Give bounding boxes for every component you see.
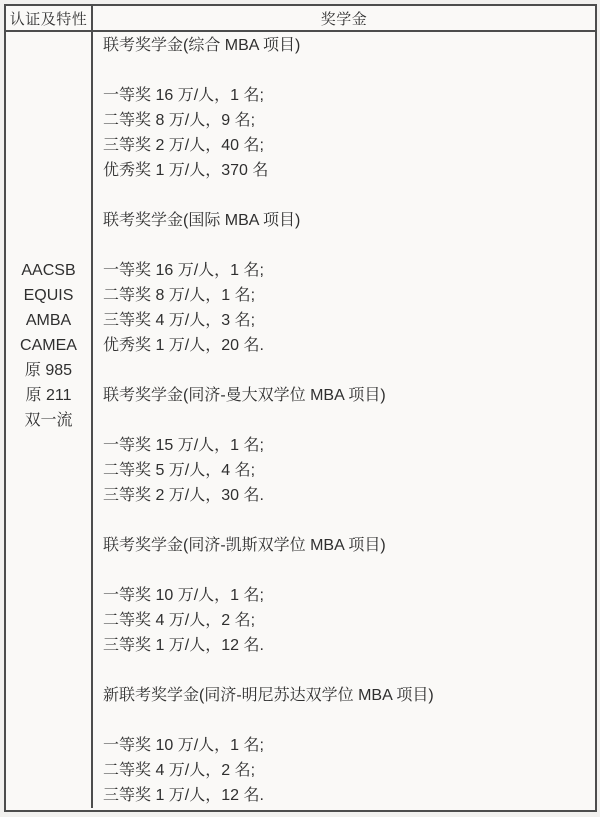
scholarship-line: 三等奖 4 万/人，3 名; <box>103 308 585 333</box>
scholarship-line: 二等奖 5 万/人，4 名; <box>103 458 585 483</box>
certification-item: CAMEA <box>6 333 91 358</box>
scholarship-line: 一等奖 16 万/人，1 名; <box>103 258 585 283</box>
certification-item: 原 211 <box>6 383 91 408</box>
scholarship-line: 三等奖 2 万/人，30 名. <box>103 483 585 508</box>
scholarship-line: 优秀奖 1 万/人，20 名. <box>103 333 585 358</box>
scholarship-line: 二等奖 8 万/人，9 名; <box>103 108 585 133</box>
header-cell-scholarship: 奖学金 <box>93 6 595 30</box>
certification-item: 原 985 <box>6 358 91 383</box>
scholarship-line: 二等奖 4 万/人，2 名; <box>103 758 585 783</box>
table-body-row: AACSBEQUISAMBACAMEA原 985原 211双一流 联考奖学金(综… <box>6 32 595 808</box>
scholarship-section-title: 联考奖学金(同济-凯斯双学位 MBA 项目) <box>103 533 585 558</box>
scholarship-line: 三等奖 1 万/人，12 名. <box>103 783 585 808</box>
scholarship-section: 联考奖学金(同济-曼大双学位 MBA 项目)一等奖 15 万/人，1 名;二等奖… <box>103 383 585 508</box>
scholarship-section: 新联考奖学金(同济-明尼苏达双学位 MBA 项目)一等奖 10 万/人，1 名;… <box>103 683 585 808</box>
table-header-row: 认证及特性 奖学金 <box>6 6 595 32</box>
scholarships-cell: 联考奖学金(综合 MBA 项目)一等奖 16 万/人，1 名;二等奖 8 万/人… <box>93 32 595 808</box>
certification-item: EQUIS <box>6 283 91 308</box>
scholarship-section: 联考奖学金(国际 MBA 项目)一等奖 16 万/人，1 名;二等奖 8 万/人… <box>103 208 585 358</box>
scholarship-section-title: 联考奖学金(综合 MBA 项目) <box>103 33 585 58</box>
page: 认证及特性 奖学金 AACSBEQUISAMBACAMEA原 985原 211双… <box>0 0 600 817</box>
certification-item: AACSB <box>6 258 91 283</box>
certification-item: 双一流 <box>6 408 91 433</box>
scholarship-line: 一等奖 10 万/人，1 名; <box>103 733 585 758</box>
scholarship-line: 一等奖 16 万/人，1 名; <box>103 83 585 108</box>
scholarship-section: 联考奖学金(同济-凯斯双学位 MBA 项目)一等奖 10 万/人，1 名;二等奖… <box>103 533 585 658</box>
scholarship-section-title: 联考奖学金(国际 MBA 项目) <box>103 208 585 233</box>
scholarship-section-title: 联考奖学金(同济-曼大双学位 MBA 项目) <box>103 383 585 408</box>
certifications-cell: AACSBEQUISAMBACAMEA原 985原 211双一流 <box>6 32 93 808</box>
scholarship-line: 一等奖 10 万/人，1 名; <box>103 583 585 608</box>
scholarship-line: 三等奖 2 万/人，40 名; <box>103 133 585 158</box>
header-cell-certifications: 认证及特性 <box>6 6 93 30</box>
scholarship-line: 一等奖 15 万/人，1 名; <box>103 433 585 458</box>
scholarship-section-title: 新联考奖学金(同济-明尼苏达双学位 MBA 项目) <box>103 683 585 708</box>
scholarship-line: 二等奖 4 万/人，2 名; <box>103 608 585 633</box>
scholarship-line: 二等奖 8 万/人，1 名; <box>103 283 585 308</box>
scholarship-section: 联考奖学金(综合 MBA 项目)一等奖 16 万/人，1 名;二等奖 8 万/人… <box>103 33 585 183</box>
scholarship-table: 认证及特性 奖学金 AACSBEQUISAMBACAMEA原 985原 211双… <box>4 4 597 812</box>
certification-item: AMBA <box>6 308 91 333</box>
scholarship-line: 三等奖 1 万/人，12 名. <box>103 633 585 658</box>
scholarship-line: 优秀奖 1 万/人，370 名 <box>103 158 585 183</box>
